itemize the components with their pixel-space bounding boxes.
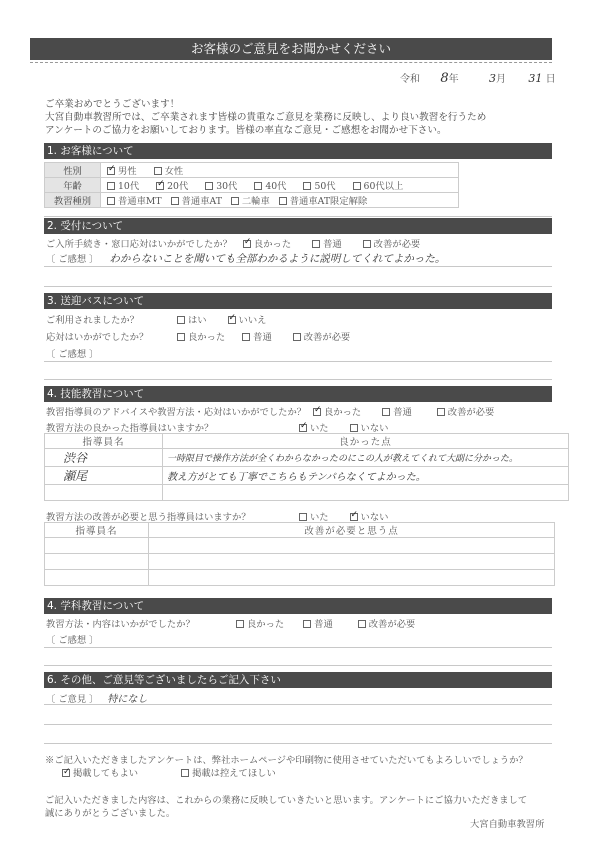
intro-line-3: アンケートのご協力をお願いしております。皆様の率直なご意見・ご感想をお聞かせ下さ… — [45, 124, 486, 137]
closing-text: ご記入いただきました内容は、これからの業務に反映していきたいと思います。アンケー… — [45, 794, 527, 820]
customer-info-table: 性別 男性 女性 年齢 10代 20代 30代 40代 50代 60代以上 教習… — [44, 162, 459, 208]
bad-instructor-row: 教習方法の改善が必要と思う指導員はいますか？ いた いない — [46, 509, 388, 523]
consent-options: 掲載してもよい 掲載は控えてほしい — [62, 767, 276, 780]
date-year[interactable]: 8 — [440, 71, 448, 86]
closing-line-1: ご記入いただきました内容は、これからの業務に反映していきたいと思います。アンケー… — [45, 794, 527, 807]
comment-label: 〔 ご感想 〕 — [46, 254, 98, 265]
checkbox-icon[interactable] — [236, 620, 244, 628]
bus-normal-option[interactable]: 普通 — [242, 332, 272, 343]
bus-service-question: 応対はいかがでしたか？ — [46, 329, 174, 343]
comment-line — [44, 266, 552, 267]
intro-line-2: 大宮自動車教習所では、ご卒業されます皆様の貴重なご意見を業務に反映し、より良い教… — [45, 111, 486, 124]
age-label: 年齢 — [45, 178, 101, 193]
good-instructor-row: 教習方法の良かった指導員はいますか？ いた いない — [46, 420, 388, 434]
bus-used-question: ご利用されましたか？ — [46, 312, 174, 326]
instructor-name-cell[interactable] — [45, 538, 149, 554]
checkbox-icon[interactable] — [177, 333, 185, 341]
checkbox-icon[interactable] — [363, 240, 371, 248]
date-line: 令和 8年 3月 31 日 — [400, 70, 556, 86]
checkbox-checked-icon[interactable] — [299, 424, 307, 432]
comment-line — [44, 743, 552, 744]
table-row — [45, 485, 569, 501]
divider — [44, 216, 552, 217]
section-3-header: 3. 送迎バスについて — [44, 293, 552, 309]
checkbox-checked-icon[interactable] — [243, 240, 251, 248]
course-type-label: 教習種別 — [45, 193, 101, 208]
instructor-name-cell[interactable]: 瀬尾 — [45, 467, 163, 485]
instructor-rating-question: 教習指導員のアドバイスや教習方法・応対はいかがでしたか？ — [46, 407, 306, 418]
bus-improve-option[interactable]: 改善が必要 — [293, 332, 351, 343]
reception-question: ご入所手続き・窓口応対はいかがでしたか？ — [46, 239, 232, 250]
instructor-good-option[interactable]: 良かった — [313, 407, 361, 418]
closing-line-2: 誠にありがとうございました。 — [45, 807, 527, 820]
comment-label: 〔 ご感想 〕 — [46, 349, 98, 360]
column-header-improve-points: 改善が必要と思う点 — [149, 523, 555, 538]
reception-normal-option[interactable]: 普通 — [312, 239, 342, 250]
reception-improve-option[interactable]: 改善が必要 — [363, 239, 421, 250]
checkbox-checked-icon[interactable] — [350, 513, 358, 521]
instructor-rating-row: 教習指導員のアドバイスや教習方法・応対はいかがでしたか？ 良かった 普通 改善が… — [46, 404, 494, 418]
bad-instructor-question: 教習方法の改善が必要と思う指導員はいますか？ — [46, 509, 296, 523]
table-header: 指導員名 改善が必要と思う点 — [45, 523, 555, 538]
intro-text: ご卒業おめでとうございます！ 大宮自動車教習所では、ご卒業されます皆様の貴重なご… — [45, 98, 486, 137]
comment-line — [44, 647, 552, 648]
other-comment-row: 〔 ご意見 〕 特になし — [46, 690, 147, 705]
table-row: 渋谷 一時限目で操作方法が全くわからなかったのにこの人が教えてくれて大副に分かっ… — [45, 449, 569, 467]
column-header-good-points: 良かった点 — [163, 434, 569, 449]
section-6-header: 6. その他、ご意見等ございましたらご記入下さい — [44, 672, 552, 688]
school-signature: 大宮自動車教習所 — [470, 818, 544, 831]
bus-used-row: ご利用されましたか？ はい いいえ — [46, 312, 266, 326]
table-row — [45, 570, 555, 586]
improve-point-cell[interactable] — [149, 570, 555, 586]
age-row: 年齢 10代 20代 30代 40代 50代 60代以上 — [45, 178, 459, 193]
checkbox-icon[interactable] — [437, 408, 445, 416]
date-era: 令和 — [400, 70, 420, 85]
consent-allow-option[interactable]: 掲載してもよい — [62, 768, 138, 779]
course-mt-option[interactable]: 普通車MT — [107, 196, 162, 207]
reception-question-row: ご入所手続き・窓口応対はいかがでしたか？ 良かった 普通 改善が必要 — [46, 236, 420, 250]
date-day[interactable]: 31 — [528, 72, 542, 85]
good-point-cell[interactable] — [163, 485, 569, 501]
checkbox-checked-icon[interactable] — [107, 167, 115, 175]
date-month[interactable]: 3 — [489, 72, 496, 85]
table-header: 指導員名 良かった点 — [45, 434, 569, 449]
checkbox-icon[interactable] — [181, 769, 189, 777]
table-row: 瀬尾 教え方がとても丁寧でこちらもテンパらなくてよかった。 — [45, 467, 569, 485]
gender-male-option[interactable]: 男性 — [107, 166, 137, 177]
checkbox-icon[interactable] — [358, 620, 366, 628]
bus-comment-row: 〔 ご感想 〕 — [46, 346, 98, 360]
good-instructor-table: 指導員名 良かった点 渋谷 一時限目で操作方法が全くわからなかったのにこの人が教… — [44, 433, 569, 501]
age-40s-option[interactable]: 40代 — [254, 181, 286, 192]
checkbox-icon[interactable] — [171, 197, 179, 205]
comment-line — [44, 361, 552, 362]
course-motorcycle-option[interactable]: 二輪車 — [231, 196, 270, 207]
gender-label: 性別 — [45, 163, 101, 178]
instructor-name-cell[interactable] — [45, 485, 163, 501]
date-year-unit: 年 — [449, 70, 459, 85]
checkbox-checked-icon[interactable] — [313, 408, 321, 416]
date-month-unit: 月 — [496, 70, 506, 85]
comment-line — [44, 286, 552, 287]
comment-label: 〔 ご感想 〕 — [46, 635, 98, 646]
instructor-name-cell[interactable]: 渋谷 — [45, 449, 163, 467]
comment-line — [44, 665, 552, 666]
checkbox-icon[interactable] — [382, 408, 390, 416]
improve-point-cell[interactable] — [149, 538, 555, 554]
intro-line-1: ご卒業おめでとうございます！ — [45, 98, 486, 111]
bus-used-no-option[interactable]: いいえ — [228, 315, 267, 326]
reception-comment-row: 〔 ご感想 〕 わからないことを聞いても全部わかるように説明してくれてよかった。 — [46, 251, 445, 266]
gender-female-option[interactable]: 女性 — [154, 166, 184, 177]
reception-good-option[interactable]: 良かった — [243, 239, 291, 250]
improve-point-cell[interactable] — [149, 554, 555, 570]
checkbox-icon[interactable] — [154, 167, 162, 175]
instructor-name-cell[interactable] — [45, 570, 149, 586]
lecture-comment-row: 〔 ご感想 〕 — [46, 632, 98, 646]
comment-line — [44, 724, 552, 725]
checkbox-icon[interactable] — [279, 197, 287, 205]
lecture-question: 教習方法・内容はいかがでしたか？ — [46, 616, 233, 630]
age-30s-option[interactable]: 30代 — [205, 181, 237, 192]
section-1-header: 1. お客様について — [44, 143, 552, 159]
checkbox-icon[interactable] — [350, 424, 358, 432]
instructor-normal-option[interactable]: 普通 — [382, 407, 412, 418]
checkbox-icon[interactable] — [299, 513, 307, 521]
reception-comment[interactable]: わからないことを聞いても全部わかるように説明してくれてよかった。 — [109, 253, 445, 265]
lecture-normal-option[interactable]: 普通 — [303, 619, 333, 630]
checkbox-icon[interactable] — [107, 182, 115, 190]
lecture-good-option[interactable]: 良かった — [236, 619, 284, 630]
checkbox-checked-icon[interactable] — [156, 182, 164, 190]
checkbox-icon[interactable] — [303, 182, 311, 190]
column-header-instructor: 指導員名 — [45, 523, 149, 538]
age-20s-option[interactable]: 20代 — [156, 181, 188, 192]
comment-line — [44, 704, 552, 705]
section-5-header: 4. 学科教習について — [44, 598, 552, 614]
checkbox-icon[interactable] — [242, 333, 250, 341]
instructor-improve-option[interactable]: 改善が必要 — [437, 407, 495, 418]
checkbox-icon[interactable] — [205, 182, 213, 190]
checkbox-checked-icon[interactable] — [228, 316, 236, 324]
instructor-name-cell[interactable] — [45, 554, 149, 570]
checkbox-icon[interactable] — [177, 316, 185, 324]
checkbox-icon[interactable] — [254, 182, 262, 190]
checkbox-icon[interactable] — [312, 240, 320, 248]
consent-decline-option[interactable]: 掲載は控えてほしい — [181, 768, 276, 779]
section-4-header: 4. 技能教習について — [44, 386, 552, 402]
course-at-limit-release-option[interactable]: 普通車AT限定解除 — [279, 196, 368, 207]
course-type-row: 教習種別 普通車MT 普通車AT 二輪車 普通車AT限定解除 — [45, 193, 459, 208]
age-60plus-option[interactable]: 60代以上 — [353, 181, 404, 192]
section-2-header: 2. 受付について — [44, 218, 552, 234]
good-instructor-question: 教習方法の良かった指導員はいますか？ — [46, 420, 296, 434]
lecture-question-row: 教習方法・内容はいかがでしたか？ 良かった 普通 改善が必要 — [46, 616, 415, 630]
column-header-instructor: 指導員名 — [45, 434, 163, 449]
bus-used-yes-option[interactable]: はい — [177, 315, 207, 326]
gender-row: 性別 男性 女性 — [45, 163, 459, 178]
course-at-option[interactable]: 普通車AT — [171, 196, 222, 207]
title-underline — [30, 60, 552, 63]
checkbox-icon[interactable] — [303, 620, 311, 628]
table-row — [45, 554, 555, 570]
age-50s-option[interactable]: 50代 — [303, 181, 335, 192]
comment-line — [44, 379, 552, 380]
age-10s-option[interactable]: 10代 — [107, 181, 139, 192]
consent-question: ※ご記入いただきましたアンケートは、弊社ホームページや印刷物に使用させていただい… — [45, 754, 528, 767]
bus-service-row: 応対はいかがでしたか？ 良かった 普通 改善が必要 — [46, 329, 350, 343]
checkbox-icon[interactable] — [293, 333, 301, 341]
good-point-cell[interactable]: 教え方がとても丁寧でこちらもテンパらなくてよかった。 — [163, 467, 569, 485]
lecture-improve-option[interactable]: 改善が必要 — [358, 619, 416, 630]
checkbox-icon[interactable] — [353, 182, 361, 190]
bad-instructor-table: 指導員名 改善が必要と思う点 — [44, 522, 555, 586]
good-point-cell[interactable]: 一時限目で操作方法が全くわからなかったのにこの人が教えてくれて大副に分かった。 — [163, 449, 569, 467]
date-day-unit: 日 — [546, 70, 556, 85]
table-row — [45, 538, 555, 554]
form-title: お客様のご意見をお聞かせください — [30, 38, 552, 60]
checkbox-icon[interactable] — [231, 197, 239, 205]
bus-good-option[interactable]: 良かった — [177, 332, 225, 343]
checkbox-checked-icon[interactable] — [62, 769, 70, 777]
checkbox-icon[interactable] — [107, 197, 115, 205]
